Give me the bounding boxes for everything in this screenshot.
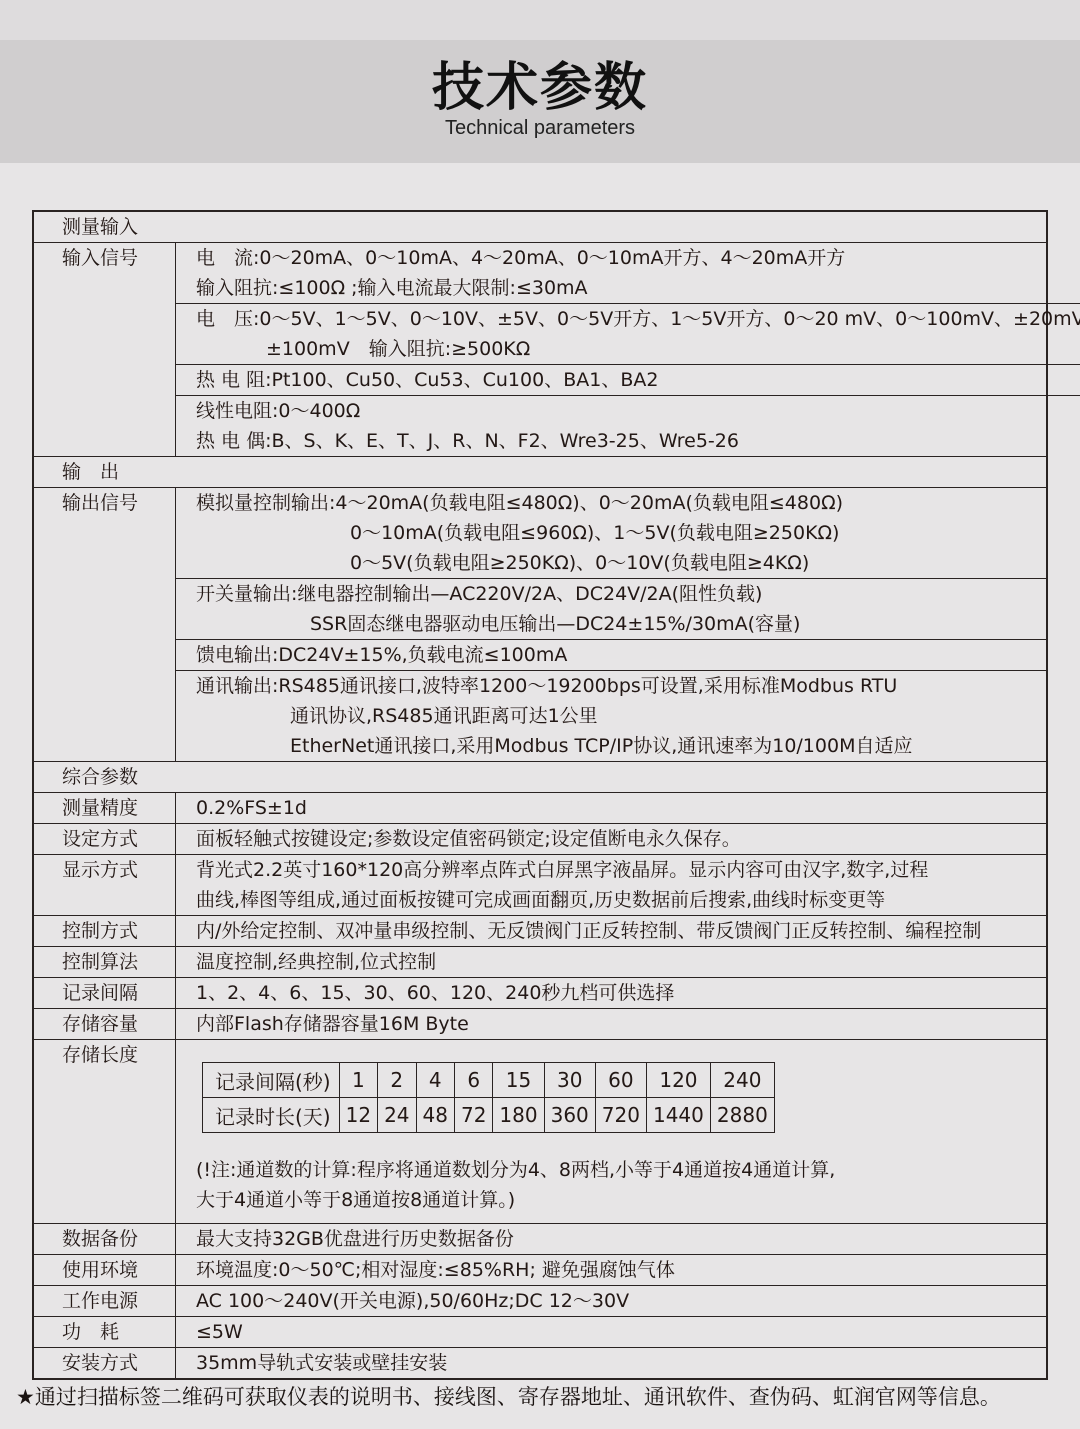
row-power-supply: 工作电源 AC 100～240V(开关电源),50/60Hz;DC 12～30V: [34, 1285, 1046, 1316]
row-value: 1、2、4、6、15、30、60、120、240秒九档可供选择: [196, 978, 1046, 1008]
comm-output-line: 通讯输出:RS485通讯接口,波特率1200～19200bps可设置,采用标准M…: [196, 671, 1046, 701]
row-output-signal: 输出信号 模拟量控制输出:4～20mA(负载电阻≤480Ω)、0～20mA(负载…: [34, 487, 1046, 761]
footer-note: ★通过扫描标签二维码可获取仪表的说明书、接线图、寄存器地址、通讯软件、查伪码、虹…: [16, 1381, 1001, 1413]
row-data-backup: 数据备份 最大支持32GB优盘进行历史数据备份: [34, 1223, 1046, 1254]
section-measure-input: 测量输入: [34, 212, 1046, 242]
analog-output-block: 模拟量控制输出:4～20mA(负载电阻≤480Ω)、0～20mA(负载电阻≤48…: [176, 488, 1046, 578]
page-subtitle: Technical parameters: [0, 116, 1080, 140]
duration-cell: 72: [454, 1098, 492, 1133]
analog-output-line: 模拟量控制输出:4～20mA(负载电阻≤480Ω)、0～20mA(负载电阻≤48…: [196, 488, 1046, 518]
row-storage-capacity: 存储容量 内部Flash存储器容量16M Byte: [34, 1008, 1046, 1039]
row-value: 35mm导轨式安装或壁挂安装: [196, 1348, 1046, 1378]
row-label: 输出信号: [34, 488, 176, 761]
interval-row: 记录间隔(秒) 1 2 4 6 15 30 60 120 240: [203, 1063, 775, 1098]
section-general: 综合参数: [34, 761, 1046, 792]
channel-note: (!注:通道数的计算:程序将通道数划分为4、8两档,小等于4通道按4通道计算, …: [176, 1141, 1046, 1223]
row-value: 内部Flash存储器容量16M Byte: [196, 1009, 1046, 1039]
row-control-algorithm: 控制算法 温度控制,经典控制,位式控制: [34, 946, 1046, 977]
interval-cell: 30: [544, 1063, 595, 1098]
voltage-impedance: ±100mV 输入阻抗:≥500KΩ: [196, 334, 1080, 364]
duration-header: 记录时长(天): [203, 1098, 340, 1133]
row-value: 曲线,棒图等组成,通过面板按键可完成画面翻页,历史数据前后搜索,曲线时标变更等: [196, 885, 1046, 915]
row-power-consumption: 功 耗 ≤5W: [34, 1316, 1046, 1347]
row-display-method: 显示方式 背光式2.2英寸160*120高分辨率点阵式白屏黑字液晶屏。显示内容可…: [34, 854, 1046, 915]
analog-output-line: 0～5V(负载电阻≥250KΩ)、0～10V(负载电阻≥4KΩ): [196, 548, 1046, 578]
row-value: 内/外给定控制、双冲量串级控制、无反馈阀门正反转控制、带反馈阀门正反转控制、编程…: [196, 916, 1046, 946]
rtd-types: 热 电 阻:Pt100、Cu50、Cu53、Cu100、BA1、BA2: [196, 365, 1080, 395]
interval-cell: 60: [595, 1063, 646, 1098]
row-accuracy: 测量精度 0.2%FS±1d: [34, 792, 1046, 823]
analog-output-line: 0～10mA(负载电阻≤960Ω)、1～5V(负载电阻≥250KΩ): [196, 518, 1046, 548]
row-value: ≤5W: [196, 1317, 1046, 1347]
row-storage-length: 存储长度 记录间隔(秒) 1 2 4 6 15 30 60 120 240: [34, 1039, 1046, 1223]
interval-cell: 2: [378, 1063, 416, 1098]
current-range: 电 流:0～20mA、0～10mA、4～20mA、0～10mA开方、4～20mA…: [196, 243, 1080, 273]
top-strip: [0, 0, 1080, 40]
switch-output-line: SSR固态继电器驱动电压输出—DC24±15%/30mA(容量): [196, 609, 1046, 639]
voltage-range: 电 压:0～5V、1～5V、0～10V、±5V、0～5V开方、1～5V开方、0～…: [196, 304, 1080, 334]
duration-cell: 2880: [710, 1098, 774, 1133]
row-label: 设定方式: [34, 824, 176, 854]
section-title: 测量输入: [34, 212, 1046, 242]
duration-cell: 1440: [646, 1098, 710, 1133]
row-label: 控制方式: [34, 916, 176, 946]
duration-cell: 48: [416, 1098, 454, 1133]
comm-output-block: 通讯输出:RS485通讯接口,波特率1200～19200bps可设置,采用标准M…: [176, 670, 1046, 761]
duration-cell: 180: [493, 1098, 544, 1133]
interval-header: 记录间隔(秒): [203, 1063, 340, 1098]
feed-output-line: 馈电输出:DC24V±15%,负载电流≤100mA: [196, 640, 1046, 670]
interval-cell: 120: [646, 1063, 710, 1098]
row-value: 环境温度:0～50℃;相对湿度:≤85%RH; 避免强腐蚀气体: [196, 1255, 1046, 1285]
row-control-method: 控制方式 内/外给定控制、双冲量串级控制、无反馈阀门正反转控制、带反馈阀门正反转…: [34, 915, 1046, 946]
page-title: 技术参数: [0, 56, 1080, 120]
comm-output-line: EtherNet通讯接口,采用Modbus TCP/IP协议,通讯速率为10/1…: [196, 731, 1046, 761]
current-impedance: 输入阻抗:≤100Ω ;输入电流最大限制:≤30mA: [196, 273, 1080, 303]
rtd-block: 热 电 阻:Pt100、Cu50、Cu53、Cu100、BA1、BA2: [176, 364, 1080, 395]
spec-table: 测量输入 输入信号 电 流:0～20mA、0～10mA、4～20mA、0～10m…: [32, 210, 1048, 1380]
resistance-thermocouple-block: 线性电阻:0～400Ω 热 电 偶:B、S、K、E、T、J、R、N、F2、Wre…: [176, 395, 1080, 456]
row-installation: 安装方式 35mm导轨式安装或壁挂安装: [34, 1347, 1046, 1378]
row-environment: 使用环境 环境温度:0～50℃;相对湿度:≤85%RH; 避免强腐蚀气体: [34, 1254, 1046, 1285]
row-values: 电 流:0～20mA、0～10mA、4～20mA、0～10mA开方、4～20mA…: [176, 243, 1080, 456]
interval-cell: 6: [454, 1063, 492, 1098]
row-values: 记录间隔(秒) 1 2 4 6 15 30 60 120 240 记录时长(天)…: [176, 1040, 1046, 1223]
duration-cell: 24: [378, 1098, 416, 1133]
storage-length-table-wrap: 记录间隔(秒) 1 2 4 6 15 30 60 120 240 记录时长(天)…: [176, 1040, 1046, 1141]
row-label: 测量精度: [34, 793, 176, 823]
section-output: 输 出: [34, 456, 1046, 487]
linear-resistance: 线性电阻:0～400Ω: [196, 396, 1080, 426]
row-value: 温度控制,经典控制,位式控制: [196, 947, 1046, 977]
thermocouple-types: 热 电 偶:B、S、K、E、T、J、R、N、F2、Wre3-25、Wre5-26: [196, 426, 1080, 456]
duration-row: 记录时长(天) 12 24 48 72 180 360 720 1440 288…: [203, 1098, 775, 1133]
row-label: 使用环境: [34, 1255, 176, 1285]
duration-cell: 12: [339, 1098, 377, 1133]
interval-cell: 4: [416, 1063, 454, 1098]
page-header: 技术参数 Technical parameters: [0, 40, 1080, 163]
row-label: 控制算法: [34, 947, 176, 977]
row-label: 工作电源: [34, 1286, 176, 1316]
switch-output-line: 开关量输出:继电器控制输出—AC220V/2A、DC24V/2A(阻性负载): [196, 579, 1046, 609]
row-value: 最大支持32GB优盘进行历史数据备份: [196, 1224, 1046, 1254]
row-label: 数据备份: [34, 1224, 176, 1254]
row-label: 安装方式: [34, 1348, 176, 1378]
interval-cell: 240: [710, 1063, 774, 1098]
current-input-block: 电 流:0～20mA、0～10mA、4～20mA、0～10mA开方、4～20mA…: [176, 243, 1080, 303]
note-line: (!注:通道数的计算:程序将通道数划分为4、8两档,小等于4通道按4通道计算,: [196, 1155, 1046, 1185]
storage-length-table: 记录间隔(秒) 1 2 4 6 15 30 60 120 240 记录时长(天)…: [202, 1062, 775, 1133]
section-title: 综合参数: [34, 762, 1046, 792]
duration-cell: 360: [544, 1098, 595, 1133]
row-input-signal: 输入信号 电 流:0～20mA、0～10mA、4～20mA、0～10mA开方、4…: [34, 242, 1046, 456]
row-value: AC 100～240V(开关电源),50/60Hz;DC 12～30V: [196, 1286, 1046, 1316]
row-label: 显示方式: [34, 855, 176, 915]
row-label: 存储容量: [34, 1009, 176, 1039]
duration-cell: 720: [595, 1098, 646, 1133]
row-label: 存储长度: [34, 1040, 176, 1223]
row-value: 背光式2.2英寸160*120高分辨率点阵式白屏黑字液晶屏。显示内容可由汉字,数…: [196, 855, 1046, 885]
row-label: 记录间隔: [34, 978, 176, 1008]
feed-output-block: 馈电输出:DC24V±15%,负载电流≤100mA: [176, 639, 1046, 670]
interval-cell: 1: [339, 1063, 377, 1098]
row-value: 0.2%FS±1d: [196, 793, 1046, 823]
section-title: 输 出: [34, 457, 1046, 487]
row-label: 输入信号: [34, 243, 176, 456]
note-line: 大于4通道小等于8通道按8通道计算。): [196, 1185, 1046, 1215]
row-record-interval: 记录间隔 1、2、4、6、15、30、60、120、240秒九档可供选择: [34, 977, 1046, 1008]
comm-output-line: 通讯协议,RS485通讯距离可达1公里: [196, 701, 1046, 731]
row-value: 面板轻触式按键设定;参数设定值密码锁定;设定值断电永久保存。: [196, 824, 1046, 854]
row-setting-method: 设定方式 面板轻触式按键设定;参数设定值密码锁定;设定值断电永久保存。: [34, 823, 1046, 854]
interval-cell: 15: [493, 1063, 544, 1098]
voltage-input-block: 电 压:0～5V、1～5V、0～10V、±5V、0～5V开方、1～5V开方、0～…: [176, 303, 1080, 364]
switch-output-block: 开关量输出:继电器控制输出—AC220V/2A、DC24V/2A(阻性负载) S…: [176, 578, 1046, 639]
row-values: 模拟量控制输出:4～20mA(负载电阻≤480Ω)、0～20mA(负载电阻≤48…: [176, 488, 1046, 761]
row-label: 功 耗: [34, 1317, 176, 1347]
